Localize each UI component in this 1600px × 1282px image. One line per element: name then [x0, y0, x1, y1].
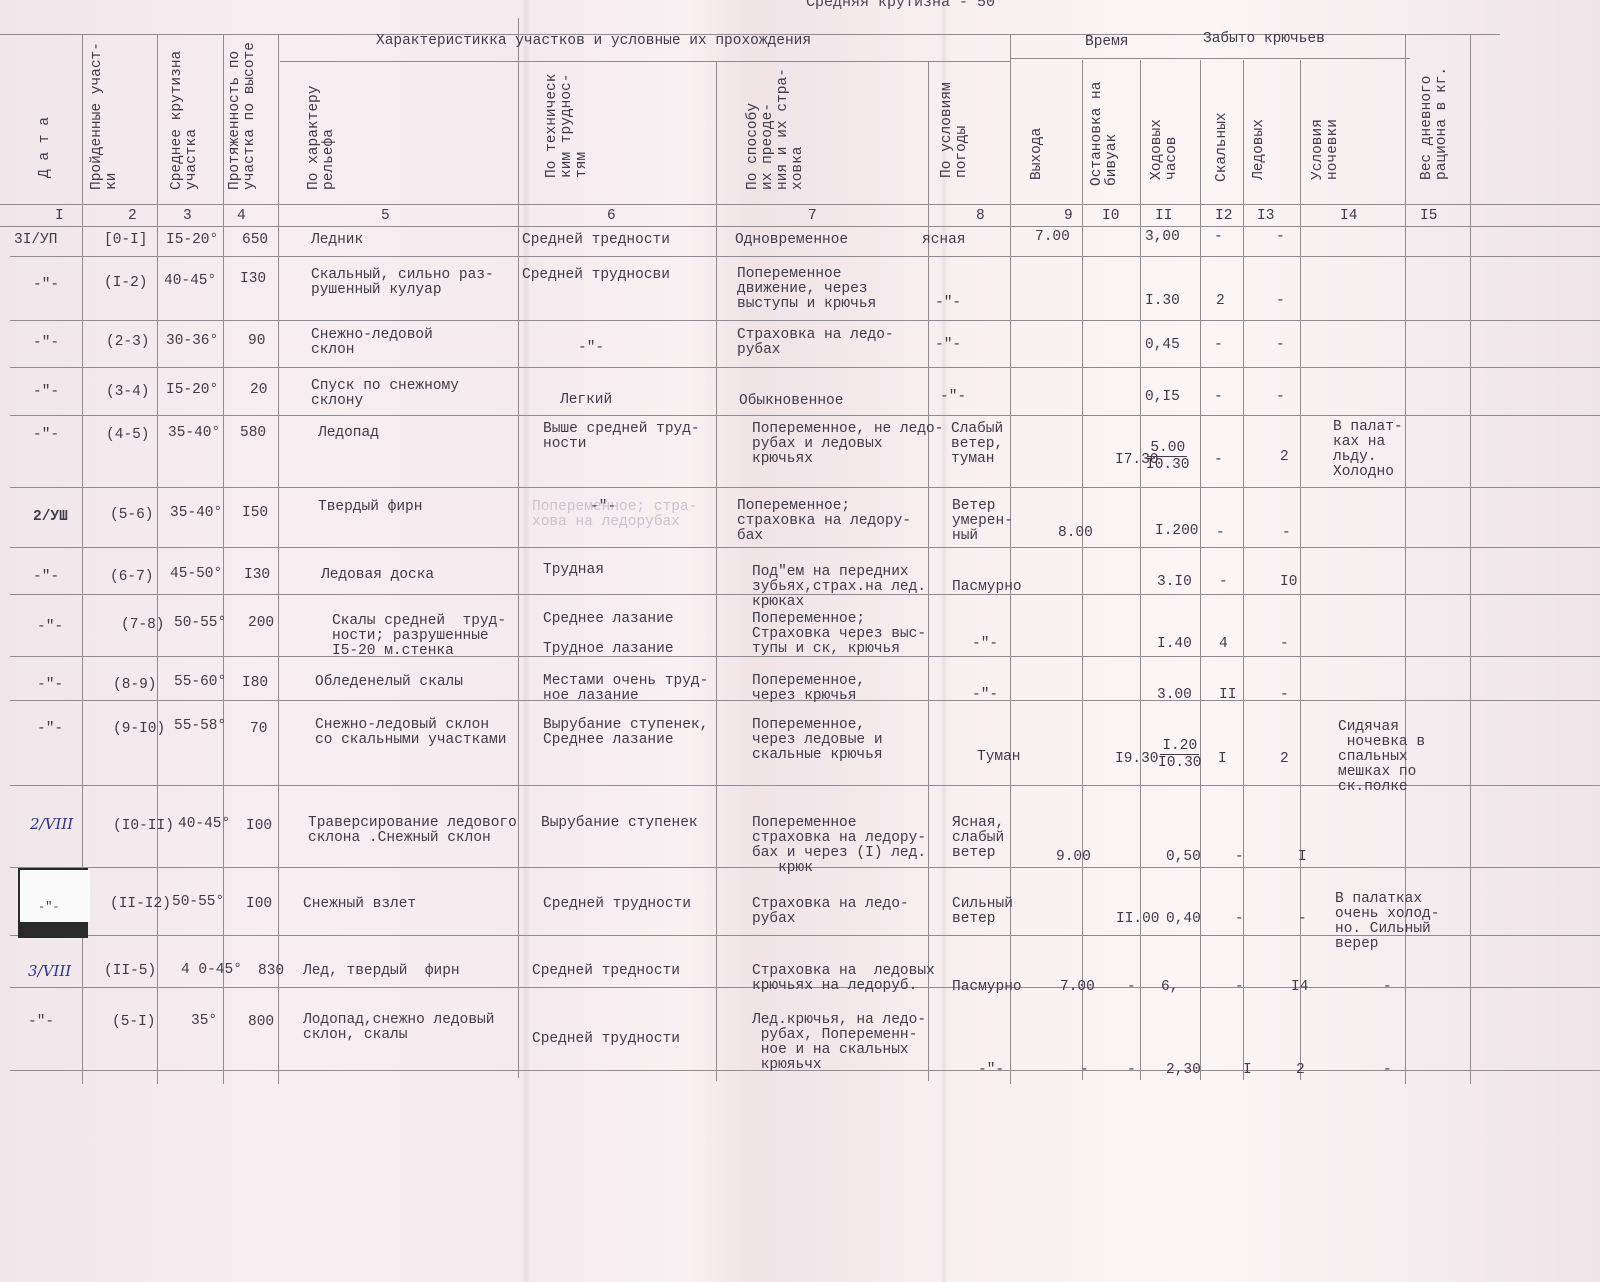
- cell-date: -"-: [33, 570, 59, 585]
- col-num: I3: [1257, 209, 1274, 224]
- cell-section: (6-7): [110, 570, 154, 585]
- cell-night: -: [1383, 980, 1392, 995]
- cell-length: I50: [242, 506, 268, 521]
- col-header-length: Протяженность по участка по высоте: [228, 42, 258, 190]
- cell-difficulty: Выше средней труд- ности: [543, 422, 700, 452]
- cell-date: 3I/УП: [14, 233, 58, 248]
- cell-rock: -: [1214, 390, 1223, 405]
- cell-method: Страховка на ледо- рубах: [752, 897, 909, 927]
- cell-length: 830: [258, 964, 284, 979]
- cell-rock: -: [1214, 230, 1223, 245]
- cell-section: [0-I]: [104, 233, 148, 248]
- cell-section: (4-5): [106, 428, 150, 443]
- col-num: 5: [381, 209, 390, 224]
- cell-weather: -"-: [972, 637, 998, 652]
- cell-slope: 55-58°: [174, 719, 226, 734]
- cell-exit: 9.00: [1056, 850, 1091, 865]
- group-header-characteristics: Характеристикка участков и условные их п…: [376, 34, 811, 49]
- cell-ice: -: [1276, 390, 1285, 405]
- cell-relief: Лед, твердый фирн: [303, 964, 460, 979]
- col-num: 3: [183, 209, 192, 224]
- cell-length: 20: [250, 383, 267, 398]
- col-header-sections: Пройденные участ- ки: [90, 42, 120, 190]
- cell-hours: 3,00: [1145, 230, 1180, 245]
- cell-hours: 6,: [1161, 980, 1178, 995]
- cell-section: (5-6): [110, 508, 154, 523]
- cell-ice: -: [1282, 526, 1291, 541]
- cell-rock: 2: [1216, 294, 1225, 309]
- cell-slope: 40-45°: [178, 817, 230, 832]
- cell-date: -"-: [37, 722, 63, 737]
- cell-slope: 50-55°: [174, 616, 226, 631]
- col-header-bivouac: Остановка на бивуак: [1090, 82, 1120, 186]
- cell-difficulty: Средней трудности: [532, 1032, 680, 1047]
- cell-method: Лед.крючья, на ледо- рубах, Попеременн- …: [752, 1013, 926, 1073]
- cell-difficulty: -"-: [578, 341, 604, 356]
- cell-exit: 8.00: [1058, 526, 1093, 541]
- cell-hours: 3.00: [1157, 688, 1192, 703]
- cell-slope: 35-40°: [170, 506, 222, 521]
- cell-rock: I: [1243, 1063, 1252, 1078]
- cell-difficulty: Средней тредности: [532, 964, 680, 979]
- cell-method: Попеременное; Страховка через выс- тупы …: [752, 612, 926, 657]
- cell-method: Попеременное, через крючья: [752, 674, 865, 704]
- cell-date: -"-: [37, 678, 63, 693]
- col-num: I2: [1215, 209, 1232, 224]
- cell-relief: Спуск по снежному склону: [311, 379, 459, 409]
- col-num: 7: [808, 209, 817, 224]
- col-header-date: Д а т а: [38, 117, 53, 178]
- cell-section: (I0-II): [113, 819, 174, 834]
- cell-date-handwritten: 3/VIII: [28, 962, 71, 980]
- cell-hours: 0,45: [1145, 338, 1180, 353]
- cell-relief: Скалы средней труд- ности; разрушенные I…: [332, 614, 506, 659]
- cell-hours-fraction: I.20 I0.30: [1158, 738, 1202, 771]
- slope-note: Средняя крутизна - 50°: [806, 0, 1004, 11]
- cell-weather: -"-: [978, 1063, 1004, 1078]
- cell-ice: -: [1276, 230, 1285, 245]
- cell-hours: 0,40: [1166, 912, 1201, 927]
- col-header-ration: Вес дневного рациона в кг.: [1420, 67, 1450, 180]
- cell-section: (8-9): [113, 678, 157, 693]
- cell-weather: Пасмурно: [952, 580, 1022, 595]
- cell-ice: I: [1298, 850, 1307, 865]
- cell-weather: -"-: [972, 688, 998, 703]
- cell-difficulty: Вырубание ступенек, Среднее лазание: [543, 718, 708, 748]
- group-header-time: Время: [1085, 35, 1129, 50]
- cell-relief: Снежный взлет: [303, 897, 416, 912]
- cell-difficulty: Средней тредности: [522, 233, 670, 248]
- cell-method: Одновременное: [735, 233, 848, 248]
- cell-date: -"-: [28, 1015, 54, 1030]
- cell-relief: Снежно-ледовый склон со скальными участк…: [315, 718, 506, 748]
- cell-method: Попеременное; страховка на ледору- бах: [737, 499, 911, 544]
- cell-hours: 0,50: [1166, 850, 1201, 865]
- cell-night: В палатках очень холод- но. Сильный вере…: [1335, 892, 1439, 952]
- cell-ice: -: [1280, 688, 1289, 703]
- cell-rock: II: [1219, 688, 1236, 703]
- cell-method: Страховка на ледовых крючьях на ледоруб.: [752, 964, 935, 994]
- cell-weather: Ветер умерен- ный: [952, 499, 1013, 544]
- cell-weather: ясная: [922, 233, 966, 248]
- cell-ice: -: [1276, 294, 1285, 309]
- hours-denominator: I0.30: [1146, 457, 1190, 473]
- cell-length: I00: [246, 819, 272, 834]
- col-header-relief: По характеру рельефа: [307, 86, 337, 190]
- col-header-exit: Выхода: [1030, 128, 1045, 180]
- cell-section: (II-5): [104, 964, 156, 979]
- cell-date: -"-: [37, 620, 63, 635]
- cell-section: (7-8): [121, 618, 165, 633]
- col-header-method: По способу их преоде- ния и их стра- хов…: [746, 68, 806, 190]
- cell-rock: -: [1235, 912, 1244, 927]
- cell-difficulty: Средней трудности: [543, 897, 691, 912]
- col-num: 9: [1064, 209, 1073, 224]
- cell-slope: 50-55°: [172, 895, 224, 910]
- hours-numerator: 5.00: [1148, 440, 1187, 457]
- col-num: I5: [1420, 209, 1437, 224]
- cell-method: Под"ем на передних зубьях,страх.на лед. …: [752, 565, 926, 610]
- cell-slope: 55-60°: [174, 675, 226, 690]
- cell-slope: 35-40°: [168, 426, 220, 441]
- cell-slope: I5-20°: [166, 383, 218, 398]
- group-header-hooks: Забыто крючьев: [1203, 32, 1325, 47]
- col-num: 8: [976, 209, 985, 224]
- cell-section: (2-3): [106, 335, 150, 350]
- cell-slope: 45-50°: [170, 567, 222, 582]
- cell-date: 2/УШ: [33, 510, 68, 525]
- col-header-night: Условия ночевки: [1311, 119, 1341, 180]
- cell-ice: I0: [1280, 575, 1297, 590]
- cell-rock: -: [1214, 338, 1223, 353]
- cell-weather: -"-: [935, 296, 961, 311]
- cell-difficulty: Трудная: [543, 563, 604, 578]
- cell-length: I00: [246, 897, 272, 912]
- col-header-slope: Среднее крутизна участка: [170, 51, 200, 190]
- cell-night: Сидячая ночевка в спальных мешках по ск.…: [1338, 720, 1425, 795]
- cell-weather: -"-: [940, 390, 966, 405]
- cell-length: 800: [248, 1015, 274, 1030]
- col-num: I: [55, 209, 64, 224]
- cell-ice: 2: [1280, 752, 1289, 767]
- cell-length: 70: [250, 722, 267, 737]
- cell-night: В палат- ках на льду. Холодно: [1333, 420, 1403, 480]
- cell-method: Страховка на ледо- рубах: [737, 328, 894, 358]
- cell-bivouac: I9.30: [1115, 752, 1159, 767]
- cell-slope: 30-36°: [166, 334, 218, 349]
- cell-relief: Снежно-ледовой склон: [311, 328, 433, 358]
- cell-hours: 3.I0: [1157, 575, 1192, 590]
- cell-length: I30: [244, 568, 270, 583]
- cell-section: (II-I2): [110, 897, 171, 912]
- cell-hours: 0,I5: [1145, 390, 1180, 405]
- paper-fold: [940, 0, 948, 1282]
- cell-hours: 2,30: [1166, 1063, 1201, 1078]
- cell-method: Попеременное страховка на ледору- бах и …: [752, 816, 926, 876]
- cell-ice: I4: [1291, 980, 1308, 995]
- col-num: I0: [1102, 209, 1119, 224]
- cell-slope: I5-20°: [166, 233, 218, 248]
- cell-date: -"-: [38, 900, 60, 915]
- cell-date: -"-: [33, 428, 59, 443]
- col-header-rock-hooks: Скальных: [1215, 112, 1230, 182]
- col-num: 6: [607, 209, 616, 224]
- cell-weather: -"-: [935, 338, 961, 353]
- cell-exit: 7.00: [1035, 230, 1070, 245]
- col-num: I4: [1340, 209, 1357, 224]
- cell-weather: Туман: [977, 750, 1021, 765]
- cell-ice: 2: [1296, 1063, 1305, 1078]
- cell-exit: -: [1080, 1063, 1089, 1078]
- cell-relief: Скальный, сильно раз- рушенный кулуар: [311, 268, 494, 298]
- col-num: 4: [237, 209, 246, 224]
- cell-section: (3-4): [106, 385, 150, 400]
- cell-slope: 4 0-45°: [181, 963, 242, 978]
- cell-section: (I-2): [104, 276, 148, 291]
- cell-difficulty: -"-: [590, 500, 616, 515]
- cell-length: 650: [242, 233, 268, 248]
- cell-hours: I.40: [1157, 637, 1192, 652]
- cell-rock: -: [1235, 980, 1244, 995]
- cell-rock: I: [1218, 752, 1227, 767]
- cell-date: -"-: [33, 385, 59, 400]
- cell-method: Попеременное, через ледовые и скальные к…: [752, 718, 883, 763]
- cell-weather: Сильный ветер: [952, 897, 1013, 927]
- paper-fold: [522, 0, 530, 1282]
- col-header-hours: Ходовых часов: [1150, 119, 1180, 180]
- cell-relief: Обледенелый скалы: [315, 675, 463, 690]
- cell-relief: Ледопад: [318, 426, 379, 441]
- cell-difficulty: Местами очень труд- ное лазание: [543, 674, 708, 704]
- hours-denominator: I0.30: [1158, 755, 1202, 771]
- cell-relief: Ледовая доска: [321, 568, 434, 583]
- cell-weather: Пасмурно: [952, 980, 1022, 995]
- col-header-ice-hooks: Ледовых: [1252, 119, 1267, 180]
- cell-rock: -: [1214, 453, 1223, 468]
- cell-date: -"-: [33, 278, 59, 293]
- cell-difficulty: Вырубание ступенек: [541, 816, 698, 831]
- cell-section: (5-I): [112, 1015, 156, 1030]
- cell-length: I30: [240, 272, 266, 287]
- cell-date: -"-: [33, 336, 59, 351]
- cell-weather: Ясная, слабый ветер: [952, 816, 1004, 861]
- cell-length: I80: [242, 676, 268, 691]
- cell-rock: 4: [1219, 637, 1228, 652]
- cell-relief: Твердый фирн: [318, 500, 422, 515]
- cell-length: 580: [240, 426, 266, 441]
- cell-ice: -: [1276, 338, 1285, 353]
- col-num: II: [1155, 209, 1172, 224]
- cell-ice: 2: [1280, 450, 1289, 465]
- cell-section: (9-I0): [113, 722, 165, 737]
- cell-slope: 40-45°: [164, 274, 216, 289]
- cell-difficulty: Легкий: [560, 393, 612, 408]
- cell-hours-fraction: 5.00 I0.30: [1146, 440, 1190, 473]
- cell-difficulty: Средней трудносви: [522, 268, 670, 283]
- cell-rock: -: [1219, 575, 1228, 590]
- cell-bivouac: II.00: [1116, 912, 1160, 927]
- cell-length: 90: [248, 334, 265, 349]
- cell-bivouac: -: [1127, 1063, 1136, 1078]
- cell-relief: Лодопад,снежно ледовый склон, скалы: [303, 1013, 494, 1043]
- cell-rock: -: [1235, 850, 1244, 865]
- cell-ice: -: [1298, 912, 1307, 927]
- cell-ice: -: [1280, 637, 1289, 652]
- cell-exit: 7.00: [1060, 980, 1095, 995]
- hours-numerator: I.20: [1160, 738, 1199, 755]
- cell-method: Обыкновенное: [739, 394, 843, 409]
- cell-hours: I.30: [1145, 294, 1180, 309]
- cell-relief: Ледник: [311, 233, 363, 248]
- cell-difficulty: Среднее лазание Трудное лазание: [543, 612, 674, 657]
- col-header-difficulty: По техническ ким труднос- тям: [545, 74, 590, 178]
- cell-slope: 35°: [191, 1014, 217, 1029]
- cell-weather: Слабый ветер, туман: [951, 422, 1003, 467]
- cell-night: -: [1383, 1063, 1392, 1078]
- cell-method: Попеременное движение, через выступы и к…: [737, 267, 876, 312]
- cell-bivouac: -: [1127, 980, 1136, 995]
- cell-rock: -: [1216, 526, 1225, 541]
- cell-relief: Траверсирование ледового склона .Снежный…: [308, 816, 517, 846]
- col-num: 2: [128, 209, 137, 224]
- cell-length: 200: [248, 616, 274, 631]
- cell-date-handwritten: 2/VIII: [30, 815, 73, 833]
- cell-method: Попеременное, не ледо- рубах и ледовых к…: [752, 422, 943, 467]
- col-header-weather: По условиям погоды: [940, 82, 970, 178]
- cell-hours: I.200: [1155, 524, 1199, 539]
